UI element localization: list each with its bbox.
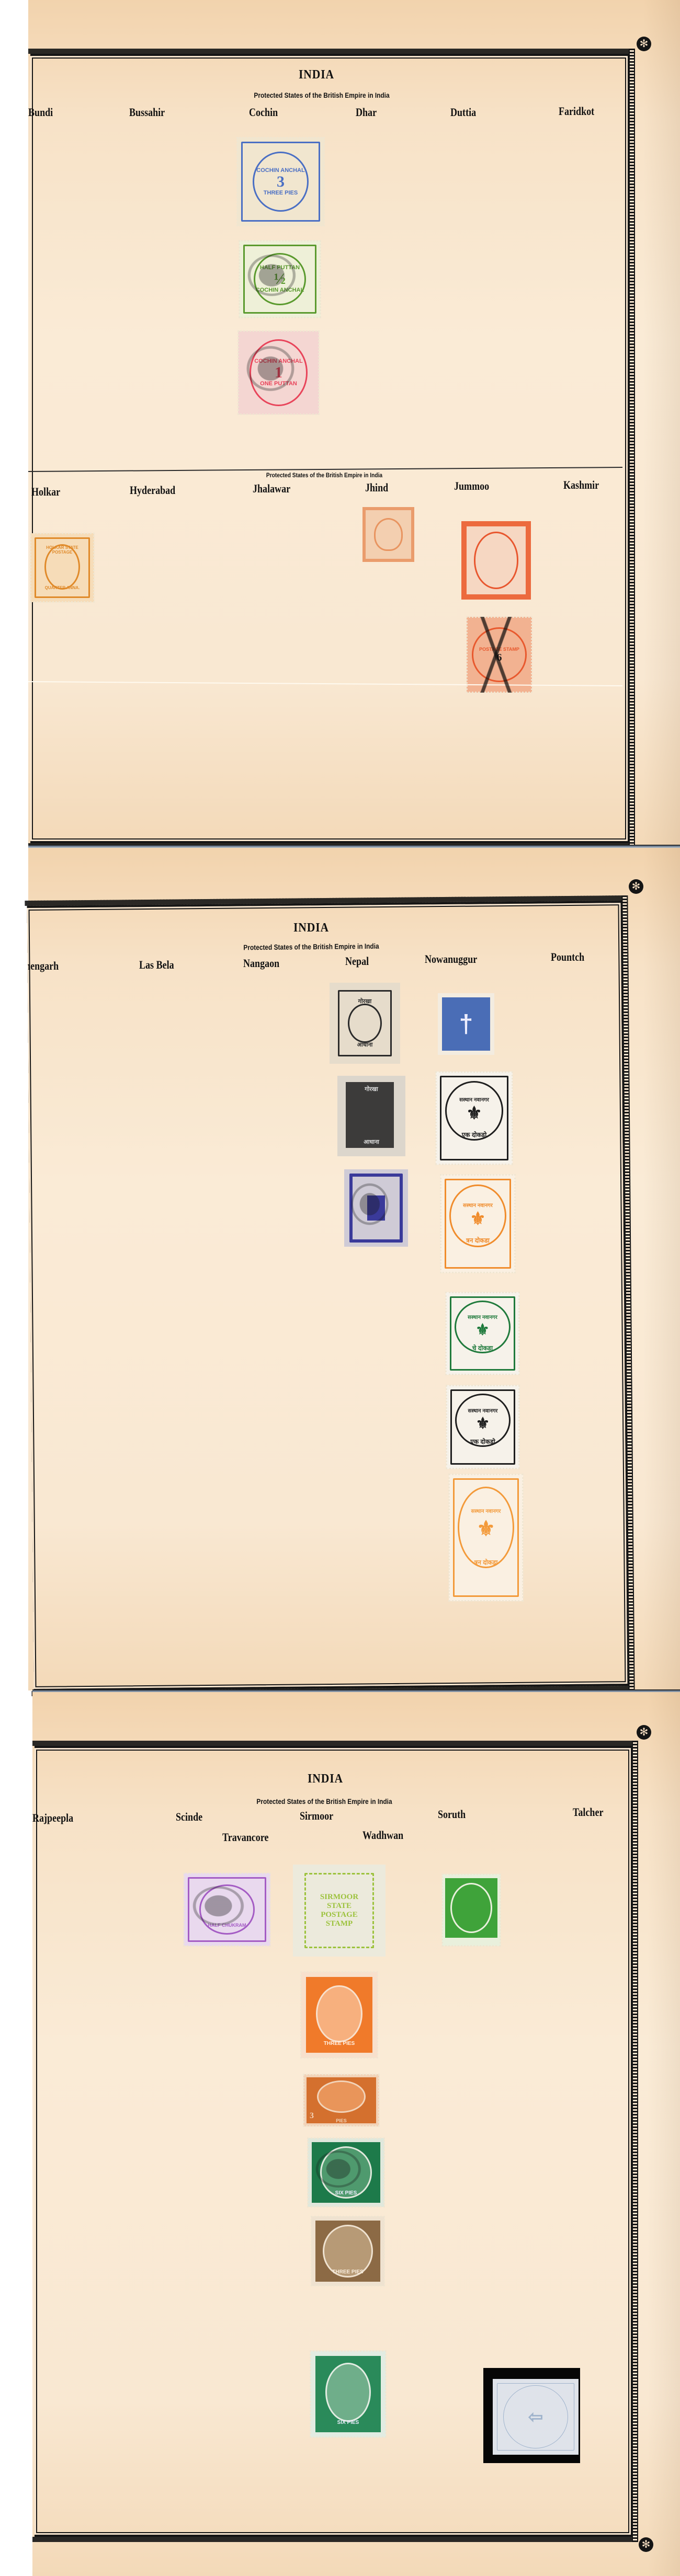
stamp-cochin-3-pies[interactable]: COCHIN ANCHAL 3 THREE PIES [237,137,324,226]
state-label: Dhar [356,106,377,119]
stamp-soruth[interactable] [442,1874,501,1946]
stamp-denomination: THREE PIES [318,2041,361,2047]
stamp-legend: COCHIN ANCHAL [250,287,310,294]
portrait-oval [325,2363,371,2422]
stamp-oval [374,518,403,551]
coat-of-arms-icon: ⚜ [476,1414,490,1433]
stamp-legend: सस्थान नवानगर [457,1203,499,1209]
stamp-denomination: एक दोकडो [464,1439,501,1446]
stamp-sirmoor-green-text[interactable]: SIRMOOR STATE POSTAGE STAMP [293,1865,386,1957]
stamp-oval [474,532,519,589]
rosette-icon: ✻ [629,879,643,894]
state-label: Talcher [573,1805,603,1819]
dagger-design: † [442,997,490,1051]
stamp-nowanuggur-black-2[interactable]: सस्थान नवानगर ⚜ एक दोकडो [446,1385,519,1469]
coat-of-arms-icon: ⚜ [475,1321,490,1340]
stamp-kashmir[interactable]: POSTAGE STAMP 6 [467,617,532,693]
corner-scroll-ornament-icon: ✻ [609,1720,656,1756]
state-label: Sirmoor [300,1809,333,1823]
stamp-travancore[interactable]: HALF CHUKRAM [184,1873,270,1946]
stamp-denomination: THREE PIES [257,190,304,197]
stamp-nowanuggur-green[interactable]: सस्थान नवानगर ⚜ चे दोकडा [446,1292,519,1375]
stamp-cochin-half-puttan[interactable]: HALF PUTTAN ½ COCHIN ANCHAL [239,240,321,318]
stamp-sirmoor-green-six-pies[interactable]: SIX PIES [308,2138,384,2207]
stamp-oval [317,2080,366,2113]
dagger-icon: † [459,1010,473,1039]
stamp-jhind[interactable] [362,507,414,562]
border-wave [32,2537,633,2542]
stamp-denomination: HALF CHUKRAM [202,1923,253,1928]
stamp-denomination: QUARTER ANNA. [39,585,86,590]
corner-scroll-ornament-icon: ✻ [609,31,656,68]
stamp-denomination: SIX PIES [331,2420,366,2426]
stamp-nepal-black-1[interactable]: गोरखा आधाना [330,983,400,1064]
stamp-oval [450,1883,493,1934]
coat-of-arms-icon: ⚜ [466,1103,482,1124]
border-wave [32,1741,633,1746]
state-label: Duttia [450,106,476,119]
stamp-denomination: PIES [303,2118,379,2123]
stamp-nepal-blue[interactable] [344,1169,408,1247]
stamp-value: 1 [275,365,282,381]
stamp-value: 3 [277,174,285,190]
state-label: Nowanuggur [425,952,477,966]
stamp-oval [348,1004,382,1042]
state-label: Wadhwan [362,1828,403,1842]
page-2-border [27,901,629,1691]
section-subtitle: Protected States of the British Empire i… [213,471,436,479]
stamp-nowanuggur-orange-2[interactable]: सस्थान नवानगर ⚜ त्रन दोकडा [449,1474,523,1601]
stamp-denomination: THREE PIES [326,2269,369,2275]
stamp-sirmoor-orange-portrait[interactable]: THREE PIES [301,1972,378,2058]
stamp-legend: HOLKAR STATE POSTAGE [30,545,94,555]
stamp-jummoo[interactable] [461,521,531,600]
state-label: Travancore [222,1831,269,1844]
state-label: Jummoo [454,479,489,493]
arrow-icon: ⇦ [528,2407,543,2428]
state-label: Bussahir [129,106,165,119]
stamp-denomination: आधाना [357,1139,386,1146]
stamp-denomination: आधाना [351,1042,379,1049]
page-title: INDIA [255,1772,396,1786]
page-title: INDIA [241,921,382,935]
border-wave [629,49,635,848]
page-subtitle: Protected States of the British Empire i… [211,91,433,99]
stamp-legend: सस्थान नवानगर [465,1509,507,1515]
stamp-legend: सस्थान नवानगर [453,1097,495,1103]
state-label: Soruth [438,1808,466,1821]
stamp-nowanuggur-blue[interactable]: † [438,993,494,1055]
page-title: INDIA [246,68,387,82]
stamp-denomination: SIX PIES [329,2190,364,2196]
stamp-legend: सस्थान नवानगर [462,1408,504,1414]
stamp-nowanuggur-orange-1[interactable]: सस्थान नवानगर ⚜ त्रन दोकडा [440,1175,515,1273]
state-label: Rajpeepla [32,1811,73,1825]
state-label: Faridkot [559,105,594,118]
corner-scroll-ornament-icon: ✻ [602,874,649,911]
state-label: Kishengarh [12,959,59,973]
state-label: Kashmir [563,478,599,492]
coat-of-arms-icon: ⚜ [470,1209,485,1230]
stamp-holkar-quarter-anna[interactable]: HOLKAR STATE POSTAGE QUARTER ANNA. [30,533,94,602]
state-label: Holkar [31,485,60,499]
stamp-sirmoor-brown[interactable]: THREE PIES [311,2216,384,2286]
stamp-sirmoor-elephant[interactable]: 3 PIES [303,2074,379,2126]
stamp-legend: SIRMOOR STATE POSTAGE STAMP [310,1893,369,1929]
state-label: Jhalawar [253,482,290,496]
state-label: Hyderabad [130,484,175,497]
state-label: Jhind [365,481,388,494]
stamp-value: ½ [274,271,286,287]
state-label: Cochin [249,106,278,119]
page-subtitle: Protected States of the British Empire i… [213,1797,436,1805]
border-wave [28,49,630,54]
stamp-wadhwan[interactable]: ⇦ [493,2379,579,2455]
stamp-sirmoor-green-portrait[interactable]: SIX PIES [310,2351,386,2437]
rosette-icon: ✻ [637,1725,651,1740]
stamp-value: 6 [497,652,502,663]
state-label: Scinde [176,1810,202,1824]
stamp-cochin-one-puttan[interactable]: COCHIN ANCHAL 1 ONE PUTTAN [238,331,319,415]
stamp-denomination: त्रन दोकडा [468,1559,504,1567]
state-label: Las Bela [139,958,174,972]
stamp-nowanuggur-black[interactable]: सस्थान नवानगर ⚜ एक दोकडो [436,1072,513,1165]
border-wave [632,1741,638,2542]
state-label: Nepal [345,954,369,968]
stamp-denomination: त्रन दोकडा [460,1237,496,1245]
stamp-denomination: चे दोकडा [466,1345,499,1352]
stamp-legend: सस्थान नवानगर [461,1315,504,1321]
stamp-nepal-black-2[interactable]: गोरखा आधाना [337,1076,405,1156]
stamp-denomination: ONE PUTTAN [254,381,303,387]
portrait-oval [316,1985,362,2042]
page-1-border [30,54,630,843]
state-label: Nangaon [243,957,279,970]
stamp-legend: गोरखा [352,998,378,1005]
rosette-icon: ✻ [637,37,651,51]
state-label: Bundi [28,106,53,119]
coat-of-arms-icon: ⚜ [477,1514,495,1544]
state-label: Pountch [551,950,584,964]
stamp-center [367,1195,385,1220]
corner-scroll-ornament-icon: ✻ [609,2535,656,2572]
stamp-legend: गोरखा [358,1086,384,1093]
stamp-denomination: एक दोकडो [456,1132,493,1139]
rosette-icon: ✻ [639,2537,653,2552]
